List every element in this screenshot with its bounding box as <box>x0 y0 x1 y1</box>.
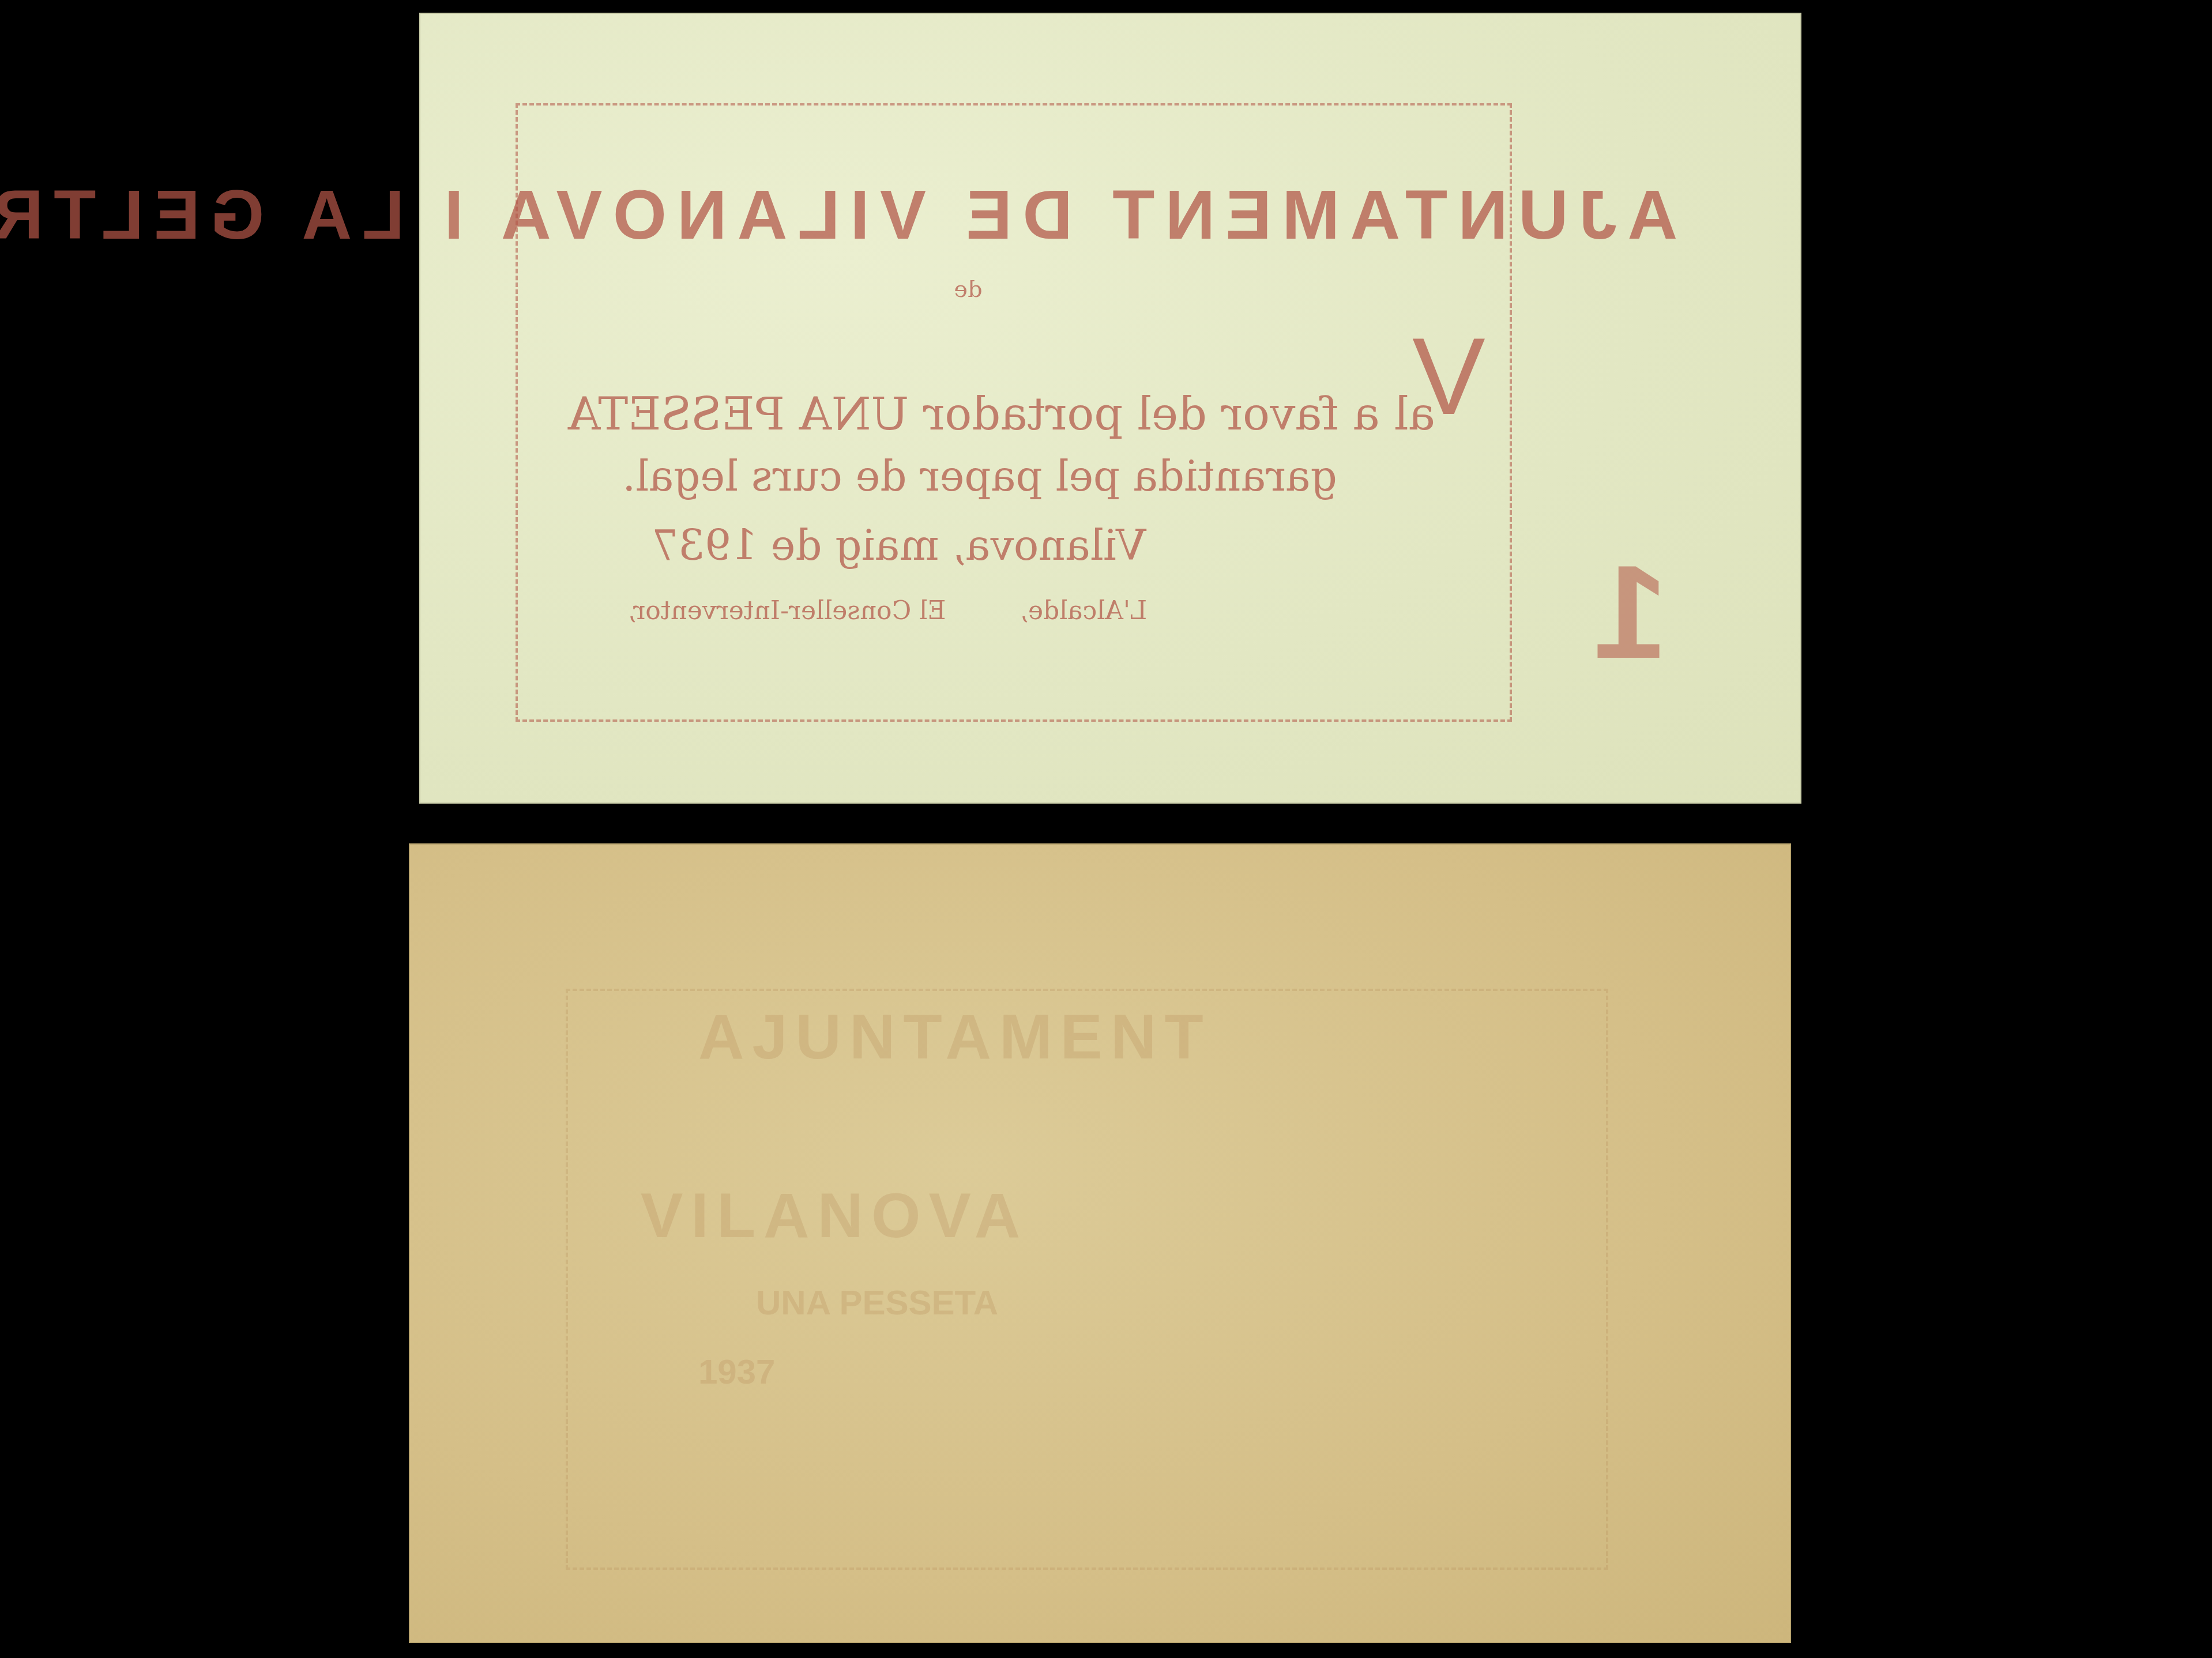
ghost-town: VILANOVA <box>641 1179 1028 1252</box>
note-border-frame-ghost <box>566 989 1608 1570</box>
ghost-year: 1937 <box>698 1352 775 1392</box>
note-connector: de <box>939 276 997 303</box>
note-value-line: al a favor del portador UNA PESSETA <box>570 389 1435 440</box>
ghost-header: AJUNTAMENT <box>698 1000 1212 1073</box>
banknote-bottom: AJUNTAMENT VILANOVA UNA PESSETA 1937 <box>409 843 1791 1643</box>
note-header: AJUNTAMENT DE VILANOVA I LA GELTRÚ <box>536 175 1677 255</box>
denomination-numeral: 1 <box>1594 536 1668 688</box>
note-date-line: Vilanova, maig de 1937 <box>611 521 1187 570</box>
banknote-top: AJUNTAMENT DE VILANOVA I LA GELTRÚ de V … <box>419 13 1801 804</box>
note-guarantee-line: garantida pel paper de curs legal. <box>605 452 1355 500</box>
signature-interventor: El Conseller-Interventor, <box>628 596 946 625</box>
ghost-value: UNA PESSETA <box>756 1283 998 1322</box>
signature-alcalde: L'Alcalde, <box>1020 596 1147 625</box>
